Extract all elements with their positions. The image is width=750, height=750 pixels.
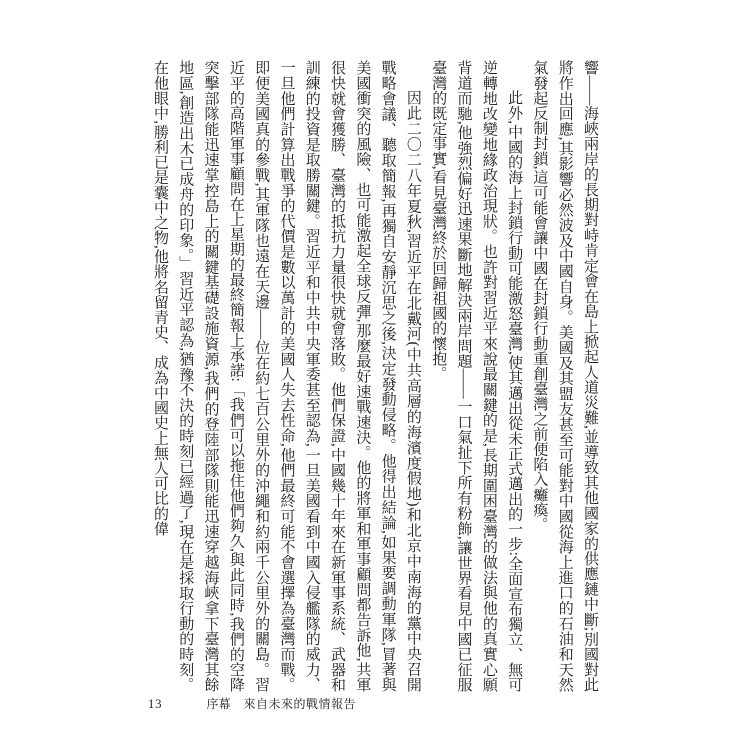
book-page: 響——海峽兩岸的長期對峙肯定會在島上掀起人道災難,並導致其他國家的供應鏈中斷;別… xyxy=(0,0,750,750)
paragraph: 因此二〇二八年夏秋,習近平在北戴河(中共高層的海濱度假地)和北京中南海的黨中央召… xyxy=(147,60,425,692)
page-number: 13 xyxy=(148,697,163,712)
section-label: 序幕 xyxy=(207,695,231,712)
page-footer: 13 序幕 來自未來的戰情報告 xyxy=(148,695,356,712)
chapter-title: 來自未來的戰情報告 xyxy=(244,695,357,712)
paragraph: 響——海峽兩岸的長期對峙肯定會在島上掀起人道災難,並導致其他國家的供應鏈中斷;別… xyxy=(526,60,602,692)
body-text: 響——海峽兩岸的長期對峙肯定會在島上掀起人道災難,並導致其他國家的供應鏈中斷;別… xyxy=(146,60,602,692)
paragraph: 此外,中國的海上封鎖行動可能激怒臺灣,使其邁出從未正式邁出的一步:全面宣布獨立、… xyxy=(425,60,526,692)
